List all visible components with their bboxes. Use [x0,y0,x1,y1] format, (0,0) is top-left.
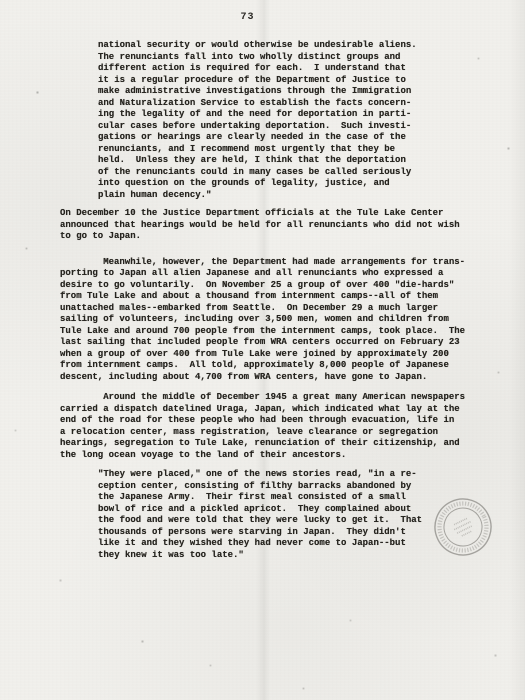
text-line: "They were placed," one of the news stor… [98,469,500,481]
text-line: unattached males--embarked from Seattle.… [60,303,500,315]
text-line: thousands of persons were starving in Ja… [98,527,500,539]
scan-specks [0,0,1,1]
text-line: into question on the grounds of legality… [98,178,500,190]
text-line: desire to go voluntarily. On November 25… [60,280,500,292]
text-line: sailing of volunteers, including over 3,… [60,314,500,326]
text-line: hearings, segregation to Tule Lake, renu… [60,438,500,450]
text-line: held. Unless they are held, I think that… [98,155,500,167]
text-line: make administrative investigations throu… [98,86,500,98]
paragraph-uraga-dispatch: Around the middle of December 1945 a gre… [60,392,500,461]
text-line: plain human decency." [98,190,500,202]
text-line: On December 10 the Justice Department of… [60,208,500,220]
text-line: ception center, consisting of filthy bar… [98,481,500,493]
text-line: to go to Japan. [60,231,500,243]
blockquote-deportation-hearings: national security or would otherwise be … [98,40,500,201]
text-line: and Naturalization Service to establish … [98,98,500,110]
text-line: national security or would otherwise be … [98,40,500,52]
text-line: carried a dispatch datelined Uraga, Japa… [60,404,500,416]
text-line: the Japanese Army. Their first meal cons… [98,492,500,504]
text-line: end of the road for these people who had… [60,415,500,427]
text-line: The renunciants fall into two wholly dis… [98,52,500,64]
text-line: announced that hearings would be held fo… [60,220,500,232]
text-line: from internment camps. All told, approxi… [60,360,500,372]
text-line: ing the legality of and the need for dep… [98,109,500,121]
scan-edge-shading [509,0,525,700]
scanned-document-page: 73 national security or would otherwise … [0,0,525,700]
text-line: from Tule Lake and about a thousand from… [60,291,500,303]
paragraph-hearings-announcement: On December 10 the Justice Department of… [60,208,500,243]
text-column: national security or would otherwise be … [60,40,500,561]
text-line: Meanwhile, however, the Department had m… [60,257,500,269]
text-line: bowl of rice and a pickled apricot. They… [98,504,500,516]
text-line: cular cases before undertaking deportati… [98,121,500,133]
text-line: different action is required for each. I… [98,63,500,75]
text-line: they knew it was too late." [98,550,500,562]
text-line: the long ocean voyage to the land of the… [60,450,500,462]
page-number: 73 [0,12,525,23]
text-line: porting to Japan all alien Japanese and … [60,268,500,280]
text-line: when a group of over 400 from Tule Lake … [60,349,500,361]
text-line: it is a regular procedure of the Departm… [98,75,500,87]
paragraph-repatriation-sailings: Meanwhile, however, the Department had m… [60,257,500,384]
text-line: gations or hearings are clearly needed i… [98,132,500,144]
blockquote-news-story: "They were placed," one of the news stor… [98,469,500,561]
text-line: of the renunciants could in many cases b… [98,167,500,179]
text-line: last sailing that included people from W… [60,337,500,349]
text-line: descent, including about 4,700 from WRA … [60,372,500,384]
text-line: Around the middle of December 1945 a gre… [60,392,500,404]
text-line: a relocation center, mass registration, … [60,427,500,439]
text-line: like it and they wished they had never c… [98,538,500,550]
text-line: the food and were told that they were lu… [98,515,500,527]
text-line: renunciants, and I recommend most urgent… [98,144,500,156]
text-line: Tule Lake and around 700 people from the… [60,326,500,338]
